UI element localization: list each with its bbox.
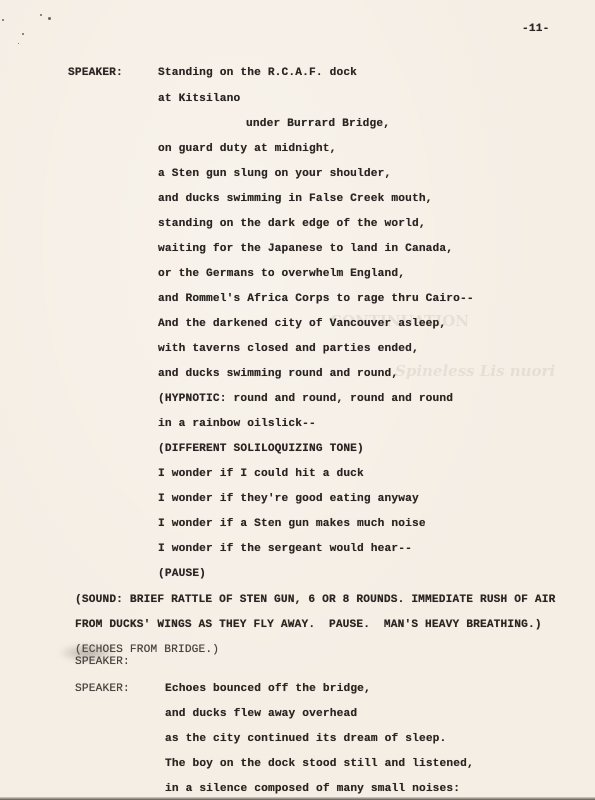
script-line: and Rommel's Africa Corps to rage thru C…: [158, 292, 474, 306]
script-line: I wonder if a Sten gun makes much noise: [158, 517, 426, 531]
typewritten-page: CONTINUATION Spineless Lis nuori -11- SP…: [0, 0, 595, 800]
script-line: or the Germans to overwhelm England,: [158, 267, 405, 281]
script-line: I wonder if the sergeant would hear--: [158, 542, 412, 556]
script-line: with taverns closed and parties ended,: [158, 342, 419, 356]
sound-direction: FROM DUCKS' WINGS AS THEY FLY AWAY. PAUS…: [75, 618, 542, 632]
stage-direction: (DIFFERENT SOLILOQUIZING TONE): [158, 442, 364, 456]
script-line: Standing on the R.C.A.F. dock: [158, 66, 357, 80]
ink-speck: [18, 43, 19, 44]
ink-speck: [40, 14, 42, 16]
speaker-label: SPEAKER:: [68, 66, 123, 80]
script-line: a Sten gun slung on your shoulder,: [158, 167, 391, 181]
script-line: in a rainbow oilslick--: [158, 417, 316, 431]
script-line: I wonder if they're good eating anyway: [158, 492, 419, 506]
script-line: on guard duty at midnight,: [158, 142, 336, 156]
script-line: standing on the dark edge of the world,: [158, 217, 426, 231]
script-line: and ducks swimming round and round,: [158, 367, 398, 381]
script-line: and ducks swimming in False Creek mouth,: [158, 192, 433, 206]
struck-speaker-label: SPEAKER:: [75, 655, 130, 669]
ink-speck: [22, 33, 24, 35]
stage-direction: (PAUSE): [158, 567, 206, 581]
script-line: And the darkened city of Vancouver aslee…: [158, 317, 446, 331]
script-line: The boy on the dock stood still and list…: [165, 757, 474, 771]
stage-direction: (HYPNOTIC: round and round, round and ro…: [158, 392, 453, 406]
script-line: under Burrard Bridge,: [246, 117, 390, 131]
script-line: and ducks flew away overhead: [165, 707, 357, 721]
script-line: waiting for the Japanese to land in Cana…: [158, 242, 453, 256]
script-line: in a silence composed of many small nois…: [165, 782, 460, 796]
bleed-through-text: Spineless Lis nuori: [395, 362, 555, 380]
script-line: as the city continued its dream of sleep…: [165, 732, 446, 746]
script-line: I wonder if I could hit a duck: [158, 467, 364, 481]
speaker-label: SPEAKER:: [75, 682, 130, 696]
ink-speck: [2, 19, 4, 21]
ink-speck: [48, 17, 51, 20]
script-line: at Kitsilano: [158, 92, 240, 106]
sound-direction: (SOUND: BRIEF RATTLE OF STEN GUN, 6 OR 8…: [75, 593, 555, 607]
script-line: Echoes bounced off the bridge,: [165, 682, 371, 696]
page-number: -11-: [522, 22, 549, 36]
